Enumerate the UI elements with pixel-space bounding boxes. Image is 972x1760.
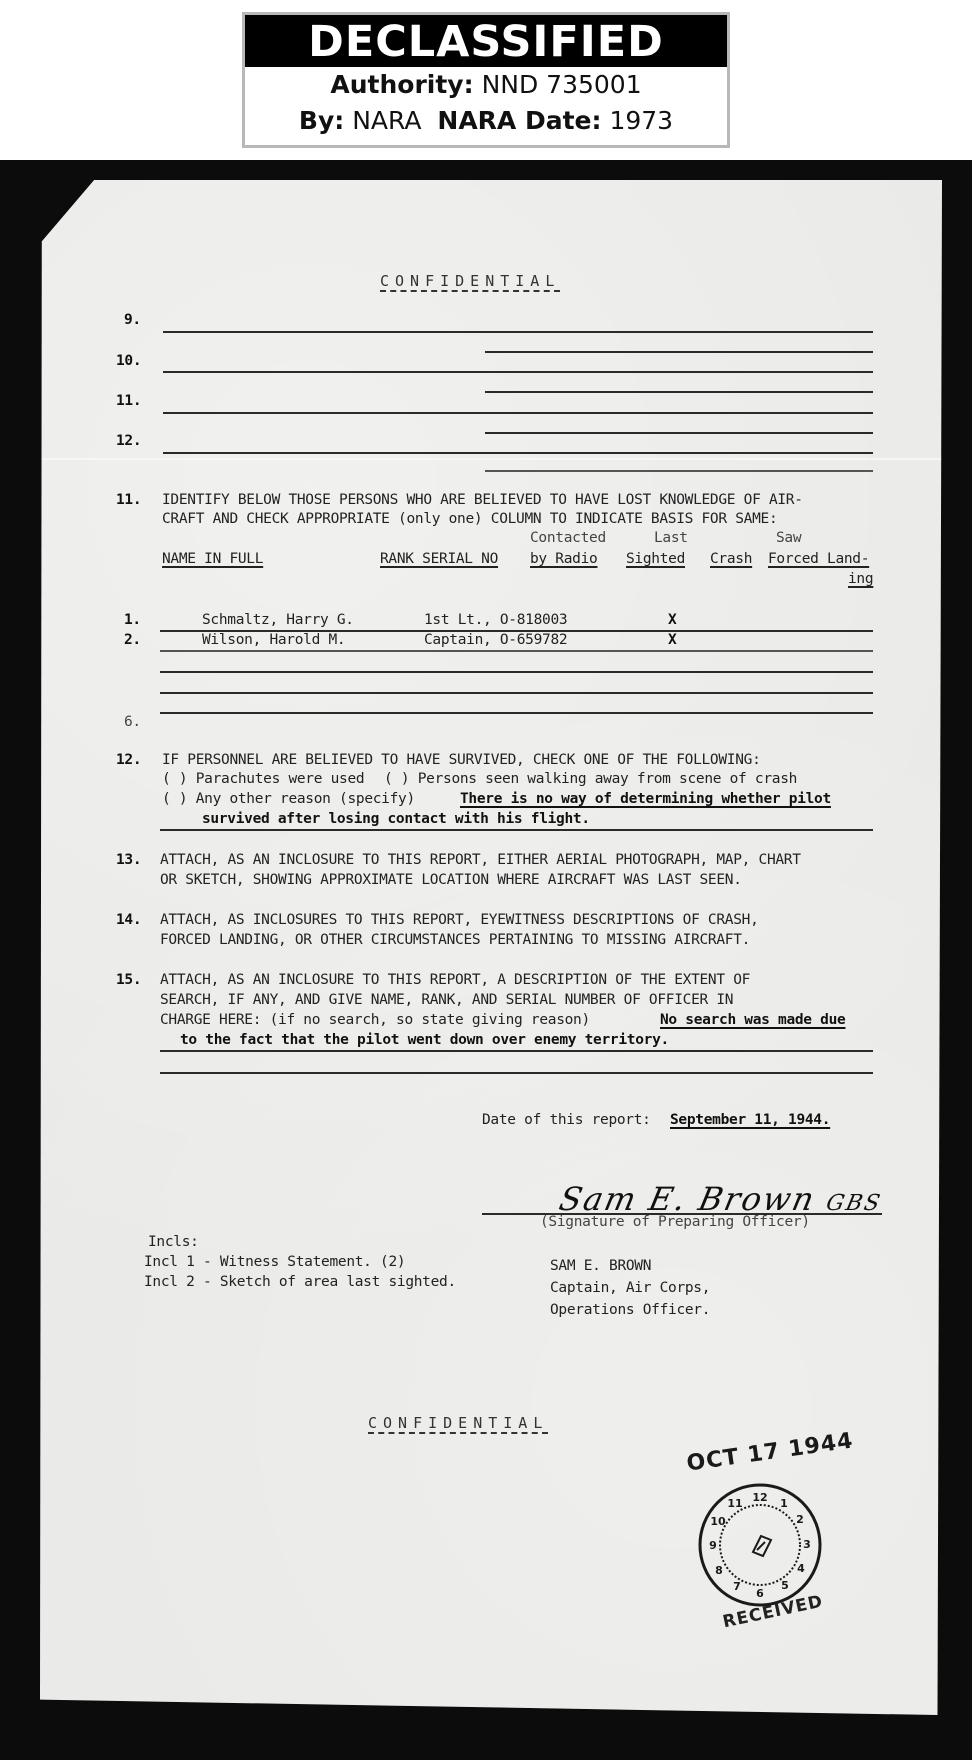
row-line: [160, 712, 873, 714]
col-forced-top: Saw: [776, 530, 801, 546]
inclosure-item: Incl 1 - Witness Statement. (2): [144, 1254, 405, 1270]
svg-text:8: 8: [715, 1564, 723, 1577]
classification-bottom: CONFIDENTIAL: [368, 1414, 548, 1432]
report-date-value: September 11, 1944.: [670, 1112, 830, 1128]
col-radio-header: by Radio: [530, 551, 597, 567]
by-value: NARA: [352, 106, 421, 135]
officer-name: SAM E. BROWN: [550, 1258, 651, 1274]
section-11-text-line1: IDENTIFY BELOW THOSE PERSONS WHO ARE BEL…: [162, 492, 803, 508]
section-14-number: 14.: [116, 912, 141, 928]
blank-line: [163, 452, 873, 454]
option-walking-away: ( ) Persons seen walking away from scene…: [384, 771, 797, 787]
option-parachutes: ( ) Parachutes were used: [162, 771, 364, 787]
inclosure-item: Incl 2 - Sketch of area last sighted.: [144, 1274, 456, 1290]
row-number: 6.: [124, 714, 141, 730]
svg-text:4: 4: [797, 1562, 805, 1575]
section-15-text-line2: SEARCH, IF ANY, AND GIVE NAME, RANK, AND…: [160, 992, 733, 1008]
col-radio-top: Contacted: [530, 530, 606, 546]
paper-fold: [40, 458, 942, 460]
col-forced-tail: ing: [848, 571, 873, 587]
option-other-reason: ( ) Any other reason (specify): [162, 791, 415, 807]
svg-text:6: 6: [756, 1587, 764, 1600]
blank-item-number: 9.: [124, 312, 141, 328]
row-line: [160, 671, 873, 673]
row-number: 2.: [124, 632, 141, 648]
svg-text:1: 1: [780, 1497, 788, 1510]
section-13-text-line1: ATTACH, AS AN INCLOSURE TO THIS REPORT, …: [160, 852, 801, 868]
blank-item-number: 12.: [116, 433, 141, 449]
survival-answer-line2: survived after losing contact with his f…: [202, 811, 590, 827]
svg-text:9: 9: [709, 1539, 717, 1552]
section-14-text-line2: FORCED LANDING, OR OTHER CIRCUMSTANCES P…: [160, 932, 750, 948]
blank-line: [485, 351, 873, 353]
nara-date-value: 1973: [609, 106, 673, 135]
blank-line: [163, 331, 873, 333]
row-line: [160, 650, 873, 652]
section-13-number: 13.: [116, 852, 141, 868]
answer-line: [160, 829, 873, 831]
authority-label: Authority:: [330, 70, 473, 99]
svg-text:7: 7: [733, 1580, 741, 1593]
answer-line: [160, 1050, 873, 1052]
col-name-header: NAME IN FULL: [162, 551, 263, 567]
blank-line: [485, 432, 873, 434]
col-crash-header: Crash: [710, 551, 752, 567]
person-rank-serial: 1st Lt., O-818003: [424, 612, 567, 628]
classification-top: CONFIDENTIAL: [380, 272, 560, 290]
section-11-text-line2: CRAFT AND CHECK APPROPRIATE (only one) C…: [162, 511, 777, 527]
blank-line: [163, 371, 873, 373]
section-13-text-line2: OR SKETCH, SHOWING APPROXIMATE LOCATION …: [160, 872, 742, 888]
blank-line: [485, 470, 873, 472]
section-15-text-line1: ATTACH, AS AN INCLOSURE TO THIS REPORT, …: [160, 972, 750, 988]
last-sighted-mark: X: [668, 632, 676, 648]
col-rank-serial-header: RANK SERIAL NO: [380, 551, 498, 567]
svg-text:2: 2: [796, 1513, 804, 1526]
row-number: 1.: [124, 612, 141, 628]
blank-item-number: 10.: [116, 353, 141, 369]
report-date-label: Date of this report:: [482, 1112, 651, 1128]
search-answer-line1: No search was made due: [660, 1012, 845, 1028]
section-15-number: 15.: [116, 972, 141, 988]
col-sighted-top: Last: [654, 530, 688, 546]
blank-item-number: 11.: [116, 393, 141, 409]
last-sighted-mark: X: [668, 612, 676, 628]
svg-text:10: 10: [710, 1515, 726, 1528]
officer-title: Operations Officer.: [550, 1302, 710, 1318]
declassified-title: DECLASSIFIED: [245, 15, 727, 67]
authority-line: Authority: NND 735001: [245, 67, 727, 103]
authority-value: NND 735001: [482, 70, 642, 99]
col-sighted-header: Sighted: [626, 551, 685, 567]
section-14-text-line1: ATTACH, AS INCLOSURES TO THIS REPORT, EY…: [160, 912, 759, 928]
scan-frame: [0, 160, 972, 1760]
inclosures-heading: Incls:: [148, 1234, 199, 1250]
blank-line: [163, 412, 873, 414]
survival-answer-line1: There is no way of determining whether p…: [460, 791, 831, 807]
svg-text:12: 12: [752, 1491, 767, 1504]
by-line: By: NARA NARA Date: 1973: [245, 103, 727, 139]
blank-line: [485, 391, 873, 393]
svg-text:3: 3: [803, 1538, 811, 1551]
section-15-text-line3: CHARGE HERE: (if no search, so state giv…: [160, 1012, 590, 1028]
row-line: [160, 692, 873, 694]
by-label: By:: [299, 106, 344, 135]
section-12-number: 12.: [116, 752, 141, 768]
officer-rank: Captain, Air Corps,: [550, 1280, 710, 1296]
section-12-text: IF PERSONNEL ARE BELIEVED TO HAVE SURVIV…: [162, 752, 761, 768]
col-forced-header: Forced Land-: [768, 551, 869, 567]
section-11-number: 11.: [116, 492, 141, 508]
signature-caption: (Signature of Preparing Officer): [540, 1214, 810, 1230]
person-name: Wilson, Harold M.: [202, 632, 345, 648]
person-rank-serial: Captain, O-659782: [424, 632, 567, 648]
declassified-stamp: DECLASSIFIED Authority: NND 735001 By: N…: [242, 12, 730, 148]
answer-line: [160, 1072, 873, 1074]
svg-text:5: 5: [781, 1579, 789, 1592]
clock-stamp-icon: 12 1 2 3 4 5 6 7 8 9 10 11: [695, 1480, 825, 1610]
person-name: Schmaltz, Harry G.: [202, 612, 354, 628]
search-answer-line2: to the fact that the pilot went down ove…: [180, 1032, 669, 1048]
nara-date-label: NARA Date:: [437, 106, 601, 135]
svg-text:11: 11: [727, 1497, 742, 1510]
